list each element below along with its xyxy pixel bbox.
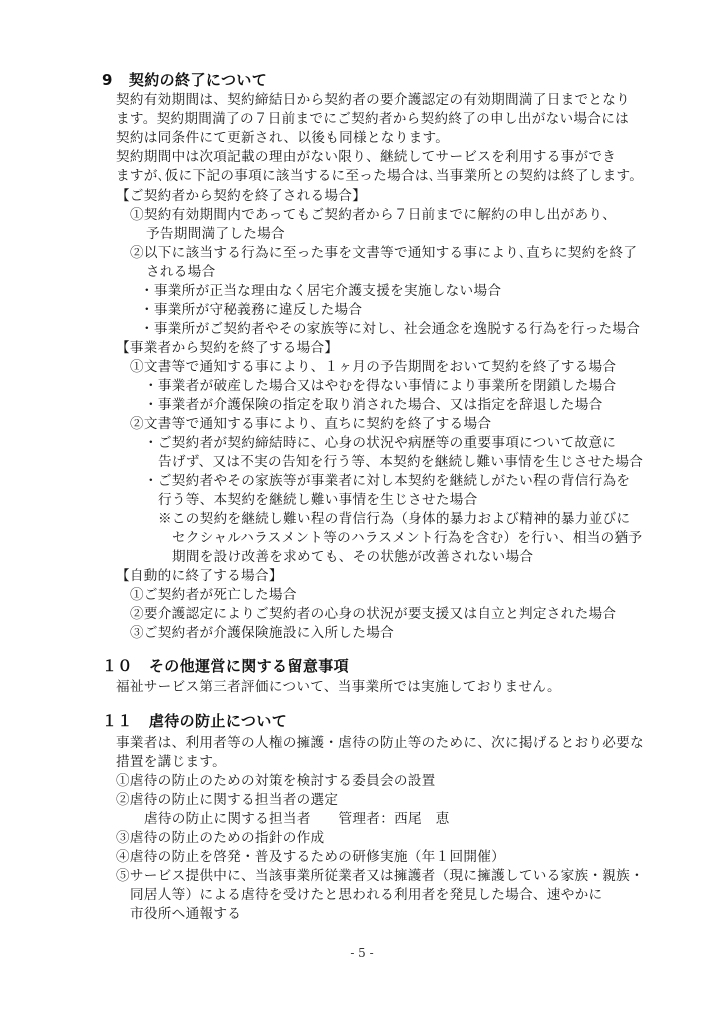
page-number: - 5 - [0, 946, 724, 960]
paragraph-line: 契約は同条件にて更新され、以後も同様となります。 [116, 129, 449, 148]
list-item-continuation: 市役所へ通報する [130, 905, 241, 924]
bullet-item-continuation: 告げず、又は不実の告知を行う等、本契約を継続し難い事情を生じさせた場合 [158, 453, 643, 472]
list-item: ②要介護認定によりご契約者の心身の状況が要支援又は自立と判定された場合 [130, 605, 616, 624]
note-item: ※この契約を継続し難い程の背信行為（身体的暴力および精神的暴力並びに [158, 510, 630, 529]
note-item-continuation: 期間を設け改善を求めても、その状態が改善されない場合 [172, 548, 533, 567]
paragraph-line: 福祉サービス第三者評価について、当事業所では実施しておりません。 [116, 678, 561, 697]
list-item: ②以下に該当する行為に至った事を文書等で通知する事により､直ちに契約を終了 [130, 244, 637, 263]
list-item-continuation: される場合 [146, 263, 215, 282]
list-item: ②虐待の防止に関する担当者の選定 [116, 791, 338, 810]
bullet-item: ・事業所が正当な理由なく居宅介護支援を実施しない場合 [140, 282, 501, 301]
paragraph-line: 措置を講じます。 [116, 753, 226, 772]
bullet-item: ・事業者が破産した場合又はやむを得ない事情により事業所を閉鎖した場合 [144, 377, 616, 396]
note-item-continuation: セクシャルハラスメント等のハラスメント行為を含む）を行い、相当の猶予 [172, 529, 642, 548]
bullet-item: ・事業所が守秘義務に違反した場合 [140, 301, 362, 320]
bullet-item-continuation: 行う等、本契約を継続し難い事情を生じさせた場合 [158, 491, 478, 510]
paragraph-line: ます。契約期間満了の７日前までにご契約者から契約終了の申し出がない場合には [116, 110, 629, 129]
bullet-item: ・事業所がご契約者やその家族等に対し、社会通念を逸脱する行為を行った場合 [140, 320, 640, 339]
list-item: ⑤サービス提供中に、当該事業所従業者又は擁護者（現に擁護している家族・親族・ [116, 867, 644, 886]
section-title: その他運営に関する留意事項 [149, 657, 349, 675]
responsible-person: 虐待の防止に関する担当者 管理者：西尾 恵 [144, 810, 450, 829]
list-item-continuation: 同居人等）による虐待を受けたと思われる利用者を発見した場合、速やかに [130, 886, 602, 905]
bullet-item: ・事業者が介護保険の指定を取り消された場合、又は指定を辞退した場合 [144, 396, 603, 415]
list-item: ③虐待の防止のための指針の作成 [116, 829, 324, 848]
subheading-automatic-termination: 【自動的に終了する場合】 [116, 567, 283, 586]
section-title: 虐待の防止について [149, 712, 287, 730]
section-heading-9: 9契約の終了について [102, 71, 267, 90]
list-item: ①ご契約者が死亡した場合 [130, 586, 297, 605]
section-heading-10: １０その他運営に関する留意事項 [102, 657, 349, 676]
section-heading-11: １１虐待の防止について [102, 712, 287, 731]
list-item: ③ご契約者が介護保険施設に入所した場合 [130, 624, 394, 643]
list-item: ①文書等で通知する事により、１ヶ月の予告期間をおいて契約を終了する場合 [130, 358, 616, 377]
section-title: 契約の終了について [129, 71, 267, 89]
list-item: ②文書等で通知する事により、直ちに契約を終了する場合 [130, 415, 491, 434]
subheading-customer-termination: 【ご契約者から契約を終了される場合】 [116, 187, 366, 206]
list-item: ①虐待の防止のための対策を検討する委員会の設置 [116, 772, 436, 791]
bullet-item: ・ご契約者が契約締結時に、心身の状況や病歴等の重要事項について故意に [144, 434, 616, 453]
paragraph-line: 契約期間中は次項記載の理由がない限り、継続してサービスを利用する事ができ [116, 148, 616, 167]
paragraph-line: 事業者は、利用者等の人権の擁護・虐待の防止等のために、次に掲げるとおり必要な [116, 734, 644, 753]
list-item-continuation: 予告期間満了した場合 [146, 225, 285, 244]
paragraph-line: 契約有効期間は、契約締結日から契約者の要介護認定の有効期間満了日までとなり [116, 91, 630, 110]
subheading-provider-termination: 【事業者から契約を終了する場合】 [116, 339, 338, 358]
list-item: ④虐待の防止を啓発・普及するための研修実施（年１回開催） [116, 848, 505, 867]
list-item: ①契約有効期間内であってもご契約者から７日前までに解約の申し出があり、 [130, 206, 616, 225]
paragraph-line: ますが､仮に下記の事項に該当するに至った場合は､当事業所との契約は終了します。 [116, 167, 643, 186]
bullet-item: ・ご契約者やその家族等が事業者に対し本契約を継続しがたい程の背信行為を [144, 472, 630, 491]
section-number: 9 [102, 71, 113, 90]
section-number: １１ [102, 712, 133, 731]
section-number: １０ [102, 657, 133, 676]
